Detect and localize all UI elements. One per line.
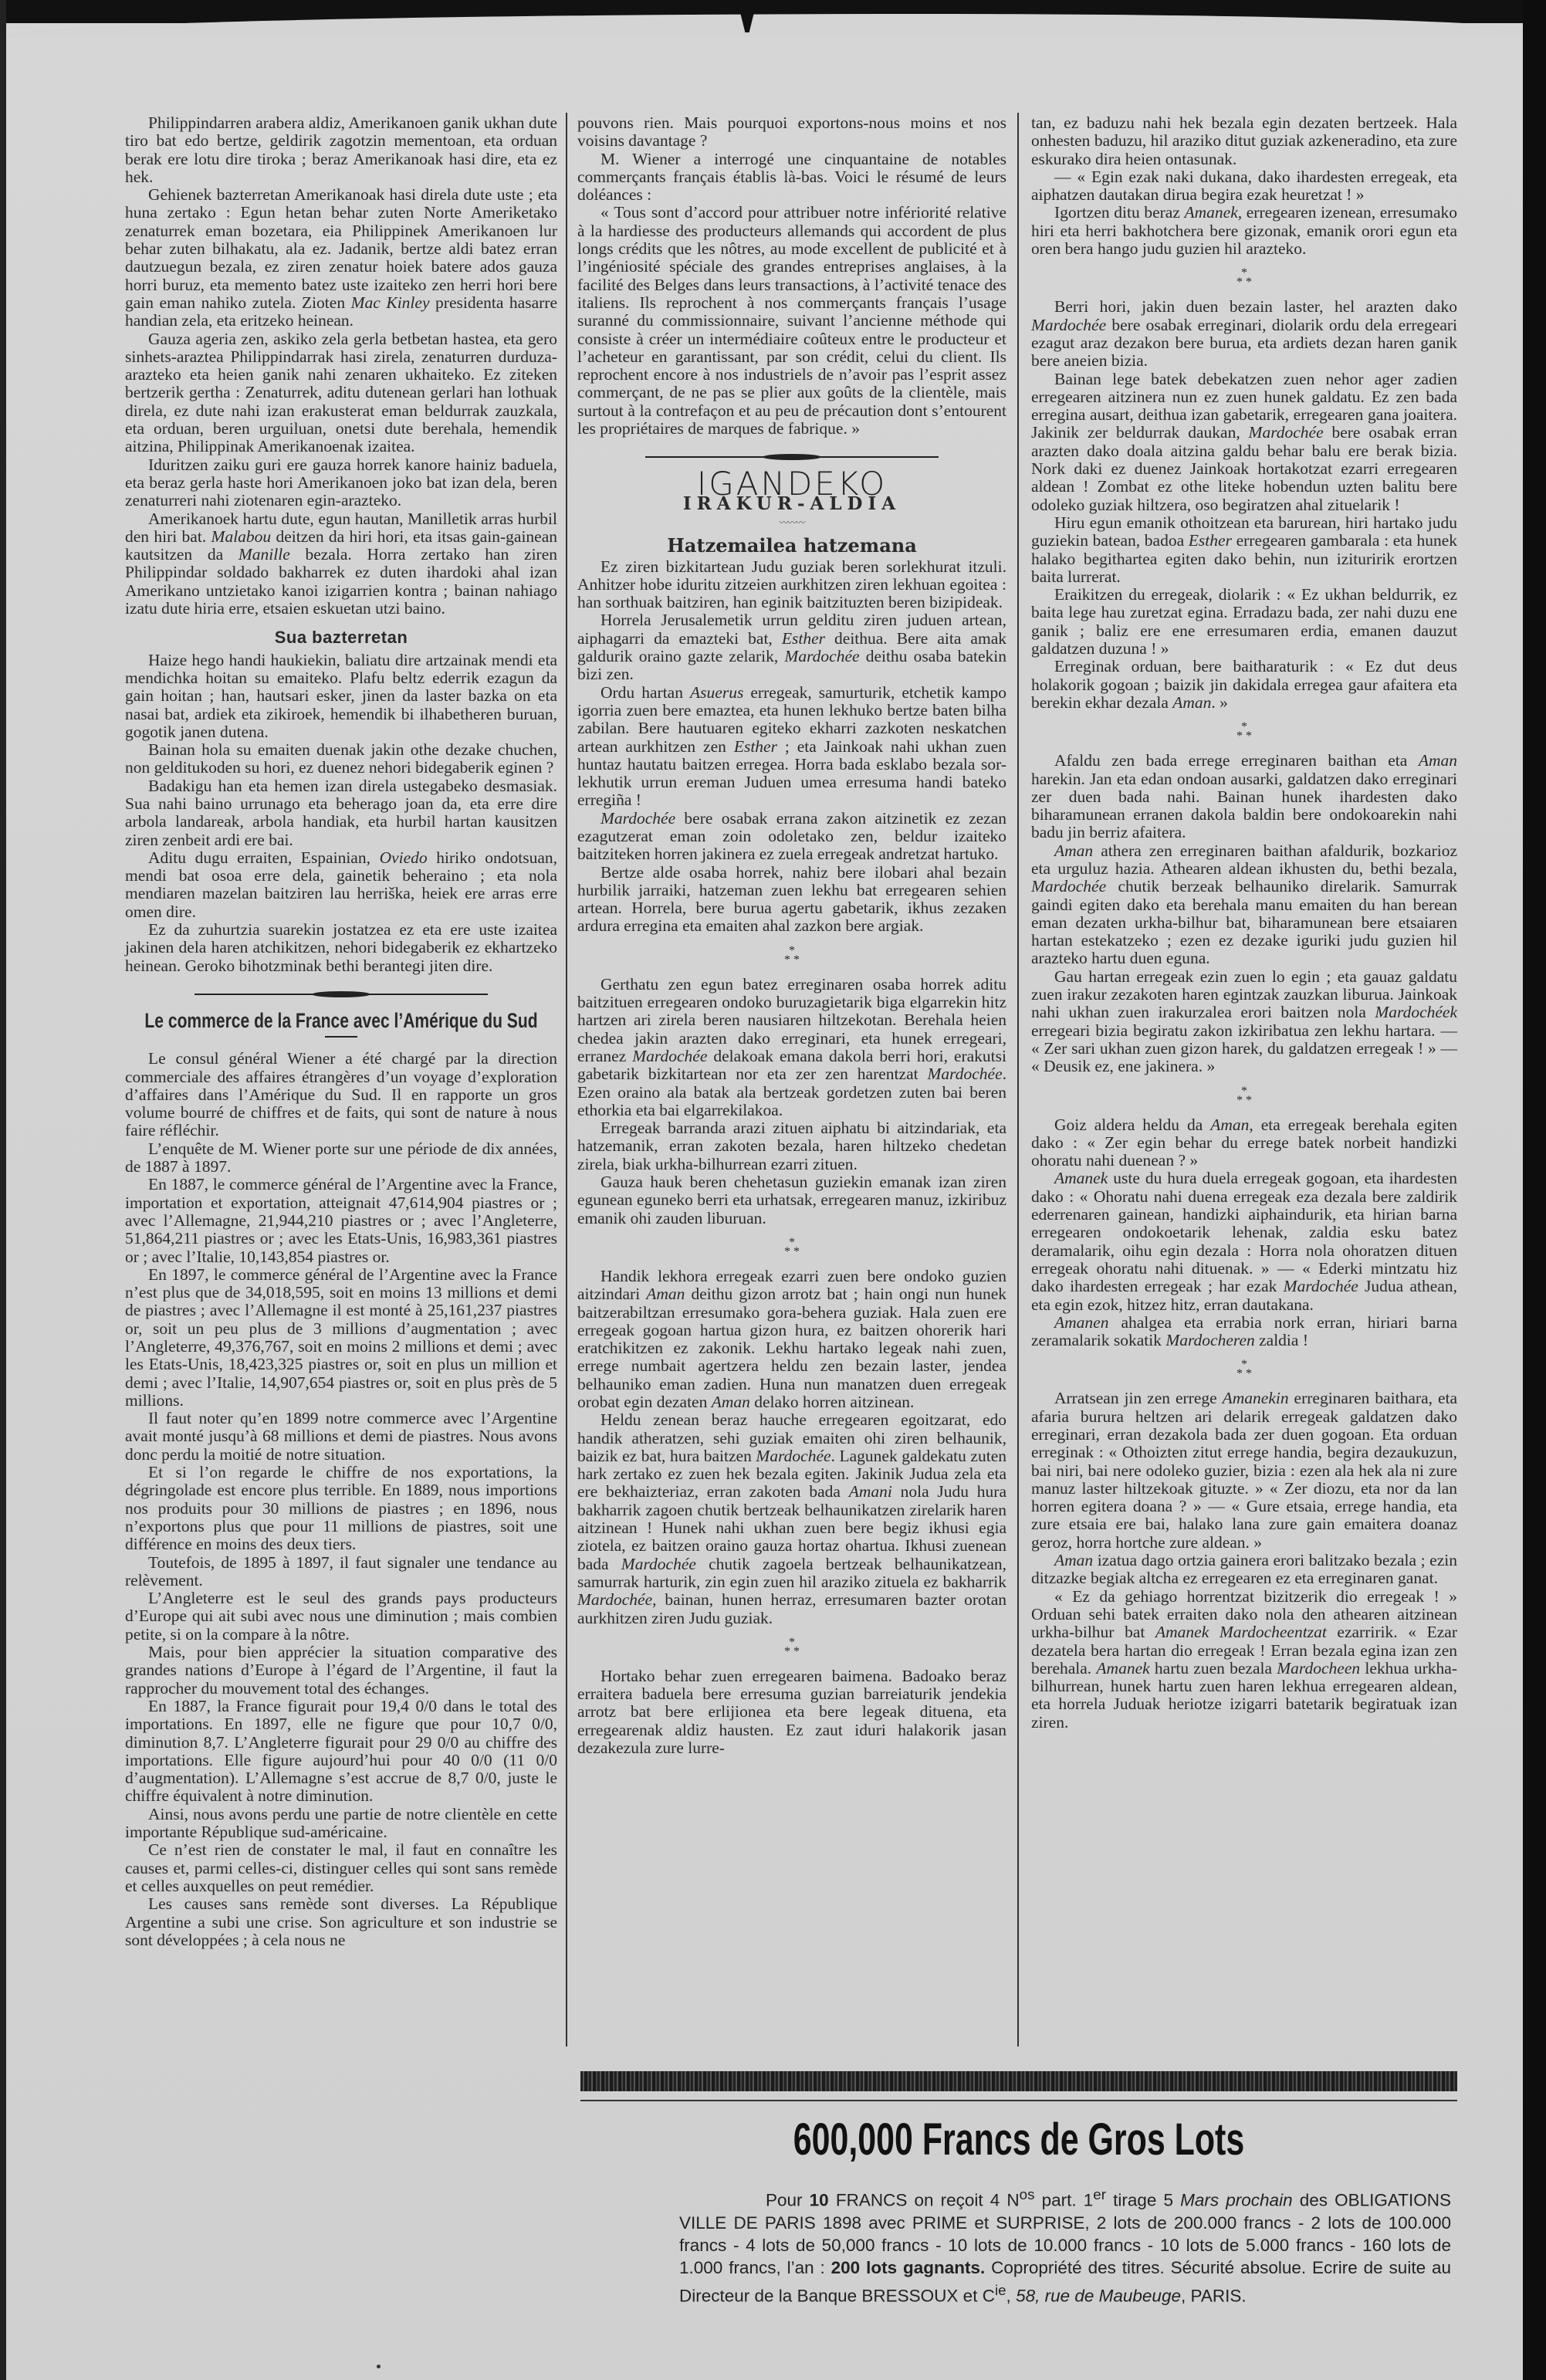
column-left: Philippindarren arabera aldiz, Amerikano… bbox=[125, 114, 557, 1949]
paragraph: Mardochée bere osabak errana zakon aitzi… bbox=[577, 810, 1006, 864]
paragraph: Bainan lege batek debekatzen zuen nehor … bbox=[1031, 371, 1457, 514]
paragraph: Ez ziren bizkitartean Judu guziak beren … bbox=[577, 558, 1006, 612]
paragraph: Heldu zenean beraz hauche erregearen ego… bbox=[577, 1411, 1006, 1627]
paragraph: Erreginak orduan, bere baitharaturik : «… bbox=[1031, 658, 1457, 712]
paragraph: Amerikanoek hartu dute, egun hautan, Man… bbox=[125, 510, 557, 618]
paragraph: Gauza hauk beren chehetasun guziekin ema… bbox=[577, 1173, 1006, 1227]
paragraph: Mais, pour bien apprécier la situation c… bbox=[125, 1644, 557, 1698]
ad-thin-rule bbox=[580, 2100, 1457, 2101]
paragraph: tan, ez baduzu nahi hek bezala egin deza… bbox=[1031, 114, 1457, 168]
asterism-divider: ** * bbox=[1031, 723, 1457, 741]
asterism-divider: ** * bbox=[1031, 269, 1457, 287]
paragraph: M. Wiener a interrogé une cinquantaine d… bbox=[577, 151, 1006, 205]
paragraph: Gau hartan erregeak ezin zuen lo egin ; … bbox=[1031, 968, 1457, 1076]
column-right: tan, ez baduzu nahi hek bezala egin deza… bbox=[1031, 114, 1457, 1732]
column-divider-1 bbox=[566, 113, 567, 2047]
paragraph: Ez da zuhurtzia suarekin jostatzea ez et… bbox=[125, 921, 557, 975]
paragraph: Hortako behar zuen erregearen baimena. B… bbox=[577, 1667, 1006, 1757]
ad-body: Pour 10 FRANCS on reçoit 4 Nos part. 1er… bbox=[679, 2183, 1451, 2307]
paragraph: Erregeak barranda arazi zituen aiphatu b… bbox=[577, 1119, 1006, 1173]
paragraph: L’enquête de M. Wiener porte sur une pér… bbox=[125, 1140, 557, 1176]
short-divider bbox=[325, 1036, 357, 1038]
paragraph: Berri hori, jakin duen bezain laster, he… bbox=[1031, 298, 1457, 370]
paragraph: En 1887, le commerce général de l’Argent… bbox=[125, 1176, 557, 1265]
paragraph: Amanen ahalgea eta errabia nork erran, h… bbox=[1031, 1314, 1457, 1350]
asterism-divider: ** * bbox=[577, 946, 1006, 965]
paragraph: Arratsean jin zen errege Amanekin erregi… bbox=[1031, 1390, 1457, 1552]
paragraph: Le consul général Wiener a été chargé pa… bbox=[125, 1050, 557, 1139]
section-heading-sua-bazterretan: Sua bazterretan bbox=[125, 628, 557, 646]
left-margin-edge bbox=[0, 0, 6, 2380]
paragraph: En 1887, la France figurait pour 19,4 0/… bbox=[125, 1698, 557, 1806]
paragraph: L’Angleterre est le seul des grands pays… bbox=[125, 1589, 557, 1644]
ad-top-band bbox=[580, 2071, 1457, 2091]
column-middle: pouvons rien. Mais pourquoi exportons-no… bbox=[577, 114, 1006, 1757]
article-title-commerce: Le commerce de la France avec l’Amérique… bbox=[130, 1012, 552, 1030]
paragraph: pouvons rien. Mais pourquoi exportons-no… bbox=[577, 114, 1006, 151]
paragraph: « Ez da gehiago horrentzat bizitzerik di… bbox=[1031, 1588, 1457, 1732]
newspaper-page: Philippindarren arabera aldiz, Amerikano… bbox=[0, 0, 1546, 2380]
asterism-divider: ** * bbox=[577, 1238, 1006, 1257]
paragraph: Horrela Jerusalemetik urrun gelditu zire… bbox=[577, 611, 1006, 683]
paragraph: Il faut noter qu’en 1899 notre commerce … bbox=[125, 1410, 557, 1464]
paragraph: Et si l’on regarde le chiffre de nos exp… bbox=[125, 1464, 557, 1553]
paragraph: Haize hego handi haukiekin, baliatu dire… bbox=[125, 652, 557, 741]
paragraph: Gerthatu zen egun batez erreginaren osab… bbox=[577, 976, 1006, 1119]
ad-text: Pour 10 FRANCS on reçoit 4 Nos part. 1er… bbox=[679, 2183, 1451, 2307]
paragraph: En 1897, le commerce général de l’Argent… bbox=[125, 1266, 557, 1410]
wavy-divider: 〰〰〰 bbox=[577, 514, 1006, 532]
paragraph: Philippindarren arabera aldiz, Amerikano… bbox=[125, 114, 557, 186]
ad-headline: 600,000 Francs de Gros Lots bbox=[695, 2114, 1344, 2165]
paragraph: Aman izatua dago ortzia gainera erori ba… bbox=[1031, 1552, 1457, 1588]
paragraph: Eraikitzen du erregeak, diolarik : « Ez … bbox=[1031, 586, 1457, 658]
asterism-divider: ** * bbox=[577, 1638, 1006, 1657]
paragraph: Igortzen ditu beraz Amanek, erregearen i… bbox=[1031, 204, 1457, 258]
ornamental-rule bbox=[195, 990, 488, 998]
paragraph: « Tous sont d’accord pour attribuer notr… bbox=[577, 204, 1006, 438]
paragraph: Aman athera zen erreginaren baithan afal… bbox=[1031, 842, 1457, 968]
paragraph: Handik lekhora erregeak ezarri zuen bere… bbox=[577, 1268, 1006, 1411]
paragraph: Toutefois, de 1895 à 1897, il faut signa… bbox=[125, 1554, 557, 1590]
paragraph: Afaldu zen bada errege erreginaren baith… bbox=[1031, 752, 1457, 841]
paragraph: Badakigu han eta hemen izan direla usteg… bbox=[125, 777, 557, 849]
section-title-igandeko: IGANDEKO bbox=[577, 475, 1006, 493]
story-title: Hatzemailea hatzemana bbox=[577, 537, 1006, 554]
paragraph: Goiz aldera heldu da Aman, eta erregeak … bbox=[1031, 1116, 1457, 1170]
paragraph: Ce n’est rien de constater le mal, il fa… bbox=[125, 1841, 557, 1895]
paragraph: Hiru egun emanik othoitzean eta barurean… bbox=[1031, 514, 1457, 586]
paragraph: Bertze alde osaba horrek, nahiz bere ilo… bbox=[577, 864, 1006, 936]
paragraph: — « Egin ezak naki dukana, dako ihardest… bbox=[1031, 168, 1457, 205]
paragraph: Aditu dugu erraiten, Espainian, Oviedo h… bbox=[125, 849, 557, 921]
print-speck bbox=[377, 2365, 381, 2368]
paragraph: Iduritzen zaiku guri ere gauza horrek ka… bbox=[125, 456, 557, 510]
asterism-divider: ** * bbox=[1031, 1087, 1457, 1105]
column-divider-2 bbox=[1017, 113, 1019, 2047]
paragraph: Amanek uste du hura duela erregeak gogoa… bbox=[1031, 1170, 1457, 1313]
paragraph: Gauza ageria zen, askiko zela gerla betb… bbox=[125, 330, 557, 456]
paragraph: Ordu hartan Asuerus erregeak, samurturik… bbox=[577, 684, 1006, 810]
right-margin-edge bbox=[1523, 0, 1546, 2380]
paragraph: Ainsi, nous avons perdu une partie de no… bbox=[125, 1806, 557, 1842]
ornamental-rule bbox=[645, 453, 939, 461]
paragraph: Gehienek bazterretan Amerikanoak hasi di… bbox=[125, 186, 557, 330]
section-title-irakur-aldia: IRAKUR-ALDIA bbox=[577, 495, 1006, 513]
paragraph: Bainan hola su emaiten duenak jakin othe… bbox=[125, 741, 557, 777]
asterism-divider: ** * bbox=[1031, 1360, 1457, 1379]
paragraph: Les causes sans remède sont diverses. La… bbox=[125, 1895, 557, 1949]
